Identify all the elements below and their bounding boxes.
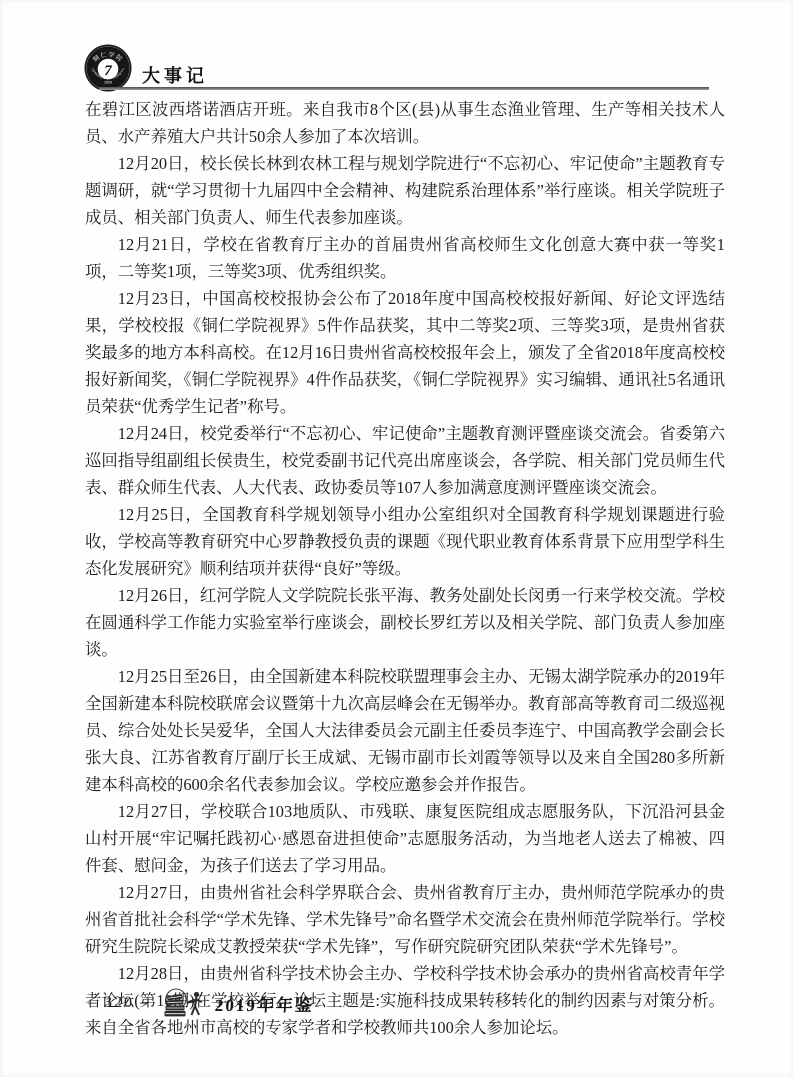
yearbook-page: 7 铜仁学院 TONGREN UNIVERSITY 1920 大事记 在碧江区波… [0,0,793,1077]
paragraph: 12月26日，红河学院人文学院院长张平海、教务处副处长闵勇一行来学校交流。学校在… [85,582,725,663]
page-number: – 320 – [88,994,150,1012]
books-and-reader-icon [162,988,206,1019]
paragraph: 12月23日，中国高校校报协会公布了2018年度中国高校校报好新闻、好论文评选结… [85,285,725,420]
section-title: 大事记 [142,62,208,88]
university-seal-icon: 7 铜仁学院 TONGREN UNIVERSITY 1920 [84,44,132,92]
paragraph: 12月21日，学校在省教育厅主办的首届贵州省高校师生文化创意大赛中获一等奖1项，… [85,231,725,285]
svg-text:1920: 1920 [104,81,112,85]
header-rule [99,87,709,90]
page-footer: – 320 – [88,986,314,1020]
paragraph: 12月25日至26日，由全国新建本科院校联盟理事会主办、无锡太湖学院承办的201… [85,663,725,798]
yearbook-title: 2019年年鉴 [214,991,315,1016]
paragraph: 12月25日，全国教育科学规划领导小组办公室组织对全国教育科学规划课题进行验收，… [85,501,725,582]
paragraph: 12月27日，学校联合103地质队、市残联、康复医院组成志愿服务队，下沉沿河县金… [85,798,725,879]
paragraph: 12月24日，校党委举行“不忘初心、牢记使命”主题教育测评暨座谈交流会。省委第六… [85,420,725,501]
paragraph: 在碧江区波西塔诺酒店开班。来自我市8个区(县)从事生态渔业管理、生产等相关技术人… [85,96,725,150]
paragraph: 12月27日，由贵州省社会科学界联合会、贵州省教育厅主办，贵州师范学院承办的贵州… [85,879,725,960]
page-body: 在碧江区波西塔诺酒店开班。来自我市8个区(县)从事生态渔业管理、生产等相关技术人… [85,96,725,1041]
university-seal-logo: 7 铜仁学院 TONGREN UNIVERSITY 1920 [84,44,132,92]
paragraph: 12月20日，校长侯长林到农林工程与规划学院进行“不忘初心、牢记使命”主题教育专… [85,150,725,231]
